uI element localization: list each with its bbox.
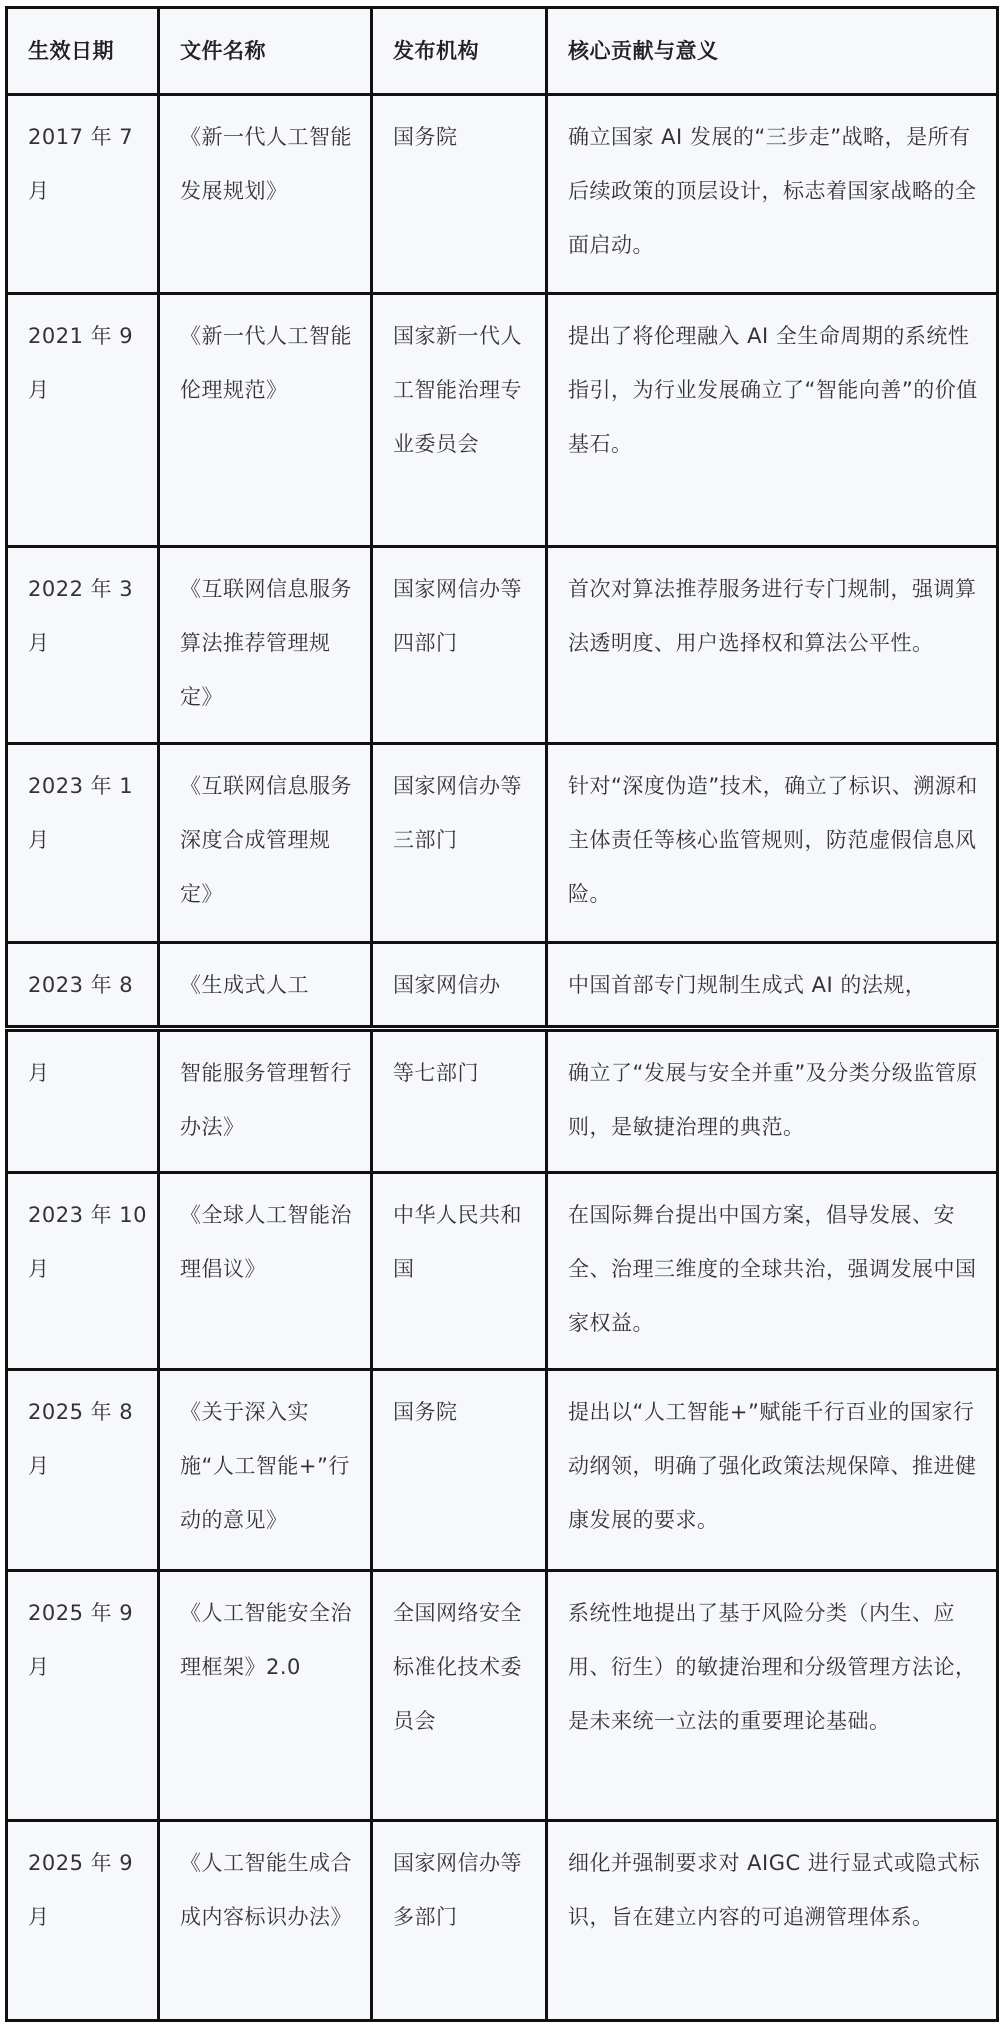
table-row: 2025 年 8 月 《关于深入实施“人工智能+”行动的意见》 国务院 提出以“…	[7, 1370, 998, 1571]
header-significance: 核心贡献与意义	[547, 8, 998, 95]
cell-significance: 在国际舞台提出中国方案，倡导发展、安全、治理三维度的全球共治，强调发展中国家权益…	[547, 1173, 998, 1370]
cell-issuer: 国家网信办等多部门	[372, 1821, 547, 2021]
table-row-split-bottom: 月 智能服务管理暂行办法》 等七部门 确立了“发展与安全并重”及分类分级监管原则…	[7, 1031, 998, 1173]
header-name: 文件名称	[159, 8, 372, 95]
cell-name: 《互联网信息服务算法推荐管理规定》	[159, 547, 372, 744]
cell-date: 2025 年 9 月	[7, 1571, 159, 1821]
table-row: 2017 年 7 月 《新一代人工智能发展规划》 国务院 确立国家 AI 发展的…	[7, 95, 998, 294]
cell-significance: 中国首部专门规制生成式 AI 的法规，	[547, 943, 998, 1027]
header-issuer: 发布机构	[372, 8, 547, 95]
cell-significance: 提出以“人工智能+”赋能千行百业的国家行动纲领，明确了强化政策法规保障、推进健康…	[547, 1370, 998, 1571]
cell-name: 《互联网信息服务深度合成管理规定》	[159, 744, 372, 943]
cell-date: 2023 年 8	[7, 943, 159, 1027]
cell-significance: 确立了“发展与安全并重”及分类分级监管原则，是敏捷治理的典范。	[547, 1031, 998, 1173]
cell-issuer: 国务院	[372, 95, 547, 294]
table-header-row: 生效日期 文件名称 发布机构 核心贡献与意义	[7, 8, 998, 95]
table-row: 2022 年 3 月 《互联网信息服务算法推荐管理规定》 国家网信办等四部门 首…	[7, 547, 998, 744]
policy-table-part1: 生效日期 文件名称 发布机构 核心贡献与意义 2017 年 7 月 《新一代人工…	[5, 6, 999, 1028]
cell-issuer: 等七部门	[372, 1031, 547, 1173]
cell-date: 2021 年 9 月	[7, 294, 159, 547]
cell-date: 2017 年 7 月	[7, 95, 159, 294]
cell-significance: 细化并强制要求对 AIGC 进行显式或隐式标识，旨在建立内容的可追溯管理体系。	[547, 1821, 998, 2021]
table-row: 2021 年 9 月 《新一代人工智能伦理规范》 国家新一代人工智能治理专业委员…	[7, 294, 998, 547]
cell-issuer: 中华人民共和国	[372, 1173, 547, 1370]
header-date: 生效日期	[7, 8, 159, 95]
cell-significance: 系统性地提出了基于风险分类（内生、应用、衍生）的敏捷治理和分级管理方法论，是未来…	[547, 1571, 998, 1821]
cell-name: 《新一代人工智能伦理规范》	[159, 294, 372, 547]
cell-issuer: 国家新一代人工智能治理专业委员会	[372, 294, 547, 547]
cell-name: 智能服务管理暂行办法》	[159, 1031, 372, 1173]
cell-name: 《人工智能安全治理框架》2.0	[159, 1571, 372, 1821]
cell-significance: 提出了将伦理融入 AI 全生命周期的系统性指引，为行业发展确立了“智能向善”的价…	[547, 294, 998, 547]
table-row: 2023 年 10 月 《全球人工智能治理倡议》 中华人民共和国 在国际舞台提出…	[7, 1173, 998, 1370]
cell-issuer: 国务院	[372, 1370, 547, 1571]
table-row: 2025 年 9 月 《人工智能生成合成内容标识办法》 国家网信办等多部门 细化…	[7, 1821, 998, 2021]
cell-date: 月	[7, 1031, 159, 1173]
cell-issuer: 全国网络安全标准化技术委员会	[372, 1571, 547, 1821]
cell-name: 《关于深入实施“人工智能+”行动的意见》	[159, 1370, 372, 1571]
cell-issuer: 国家网信办等四部门	[372, 547, 547, 744]
policy-table-part2: 月 智能服务管理暂行办法》 等七部门 确立了“发展与安全并重”及分类分级监管原则…	[5, 1029, 999, 2022]
cell-date: 2025 年 8 月	[7, 1370, 159, 1571]
cell-date: 2023 年 10 月	[7, 1173, 159, 1370]
table-row: 2023 年 1 月 《互联网信息服务深度合成管理规定》 国家网信办等三部门 针…	[7, 744, 998, 943]
cell-name: 《人工智能生成合成内容标识办法》	[159, 1821, 372, 2021]
cell-significance: 针对“深度伪造”技术，确立了标识、溯源和主体责任等核心监管规则，防范虚假信息风险…	[547, 744, 998, 943]
cell-name: 《全球人工智能治理倡议》	[159, 1173, 372, 1370]
cell-date: 2023 年 1 月	[7, 744, 159, 943]
table-row-split-top: 2023 年 8 《生成式人工 国家网信办 中国首部专门规制生成式 AI 的法规…	[7, 943, 998, 1027]
cell-date: 2025 年 9 月	[7, 1821, 159, 2021]
cell-name: 《生成式人工	[159, 943, 372, 1027]
cell-significance: 首次对算法推荐服务进行专门规制，强调算法透明度、用户选择权和算法公平性。	[547, 547, 998, 744]
cell-issuer: 国家网信办	[372, 943, 547, 1027]
cell-date: 2022 年 3 月	[7, 547, 159, 744]
table-row: 2025 年 9 月 《人工智能安全治理框架》2.0 全国网络安全标准化技术委员…	[7, 1571, 998, 1821]
cell-name: 《新一代人工智能发展规划》	[159, 95, 372, 294]
cell-significance: 确立国家 AI 发展的“三步走”战略，是所有后续政策的顶层设计，标志着国家战略的…	[547, 95, 998, 294]
cell-issuer: 国家网信办等三部门	[372, 744, 547, 943]
